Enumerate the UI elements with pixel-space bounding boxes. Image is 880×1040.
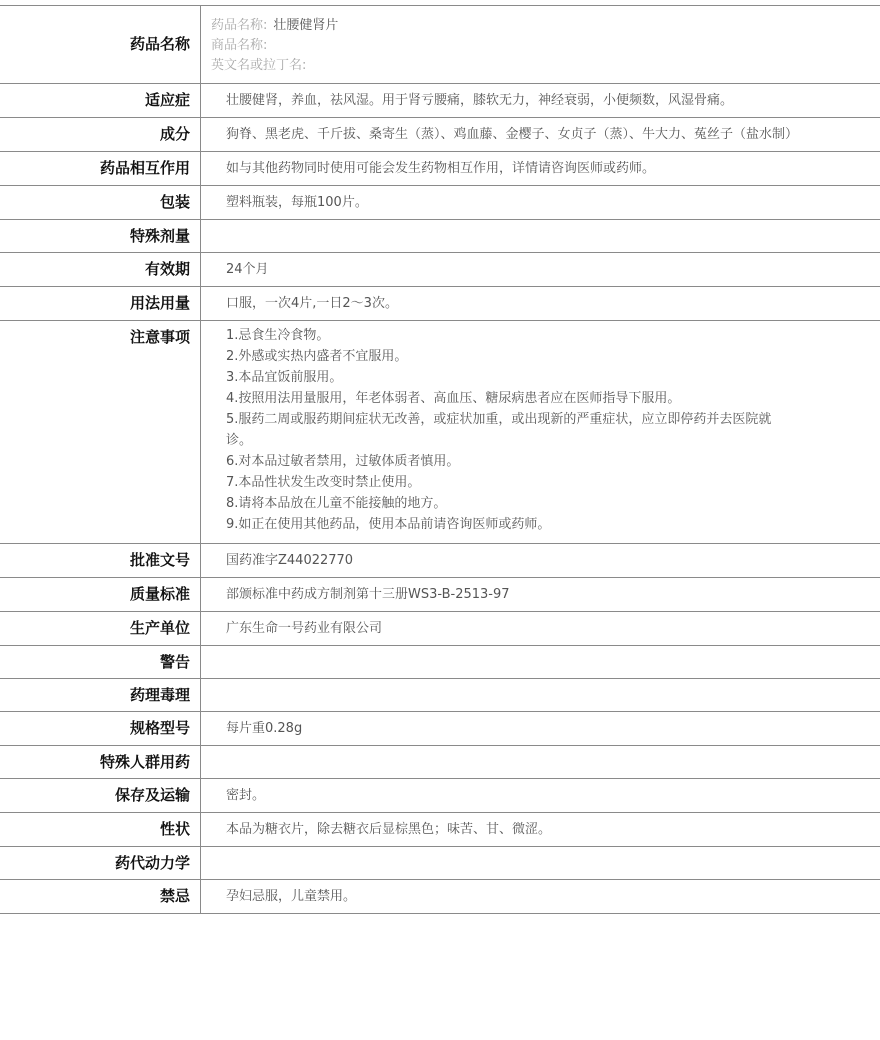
english-name-line: 英文名或拉丁名: xyxy=(211,56,880,76)
label-interactions: 药品相互作用 xyxy=(0,152,201,186)
label-ingredients: 成分 xyxy=(0,118,201,152)
label-description: 性状 xyxy=(0,813,201,847)
value-packaging: 塑料瓶装，每瓶100片。 xyxy=(201,186,880,220)
row-storage-transport: 保存及运输 密封。 xyxy=(0,779,880,813)
row-precautions: 注意事项 1.忌食生冷食物。 2.外感或实热内盛者不宜服用。 3.本品宜饭前服用… xyxy=(0,321,880,544)
row-specification: 规格型号 每片重0.28g xyxy=(0,712,880,746)
value-interactions: 如与其他药物同时使用可能会发生药物相互作用，详情请咨询医师或药师。 xyxy=(201,152,880,186)
drug-spec-table: 药品名称 药品名称:壮腰健肾片 商品名称: 英文名或拉丁名: 适应症 壮腰健肾，… xyxy=(0,5,880,914)
ingredients-text: 狗脊、黑老虎、千斤拔、桑寄生（蒸）、鸡血藤、金樱子、女贞子（蒸）、牛大力、菟丝子… xyxy=(226,125,796,144)
value-warning xyxy=(201,646,880,679)
precaution-item: 5.服药二周或服药期间症状无改善，或症状加重，或出现新的严重症状，应立即停药并去… xyxy=(226,409,776,451)
trade-name-key: 商品名称: xyxy=(211,38,267,53)
row-interactions: 药品相互作用 如与其他药物同时使用可能会发生药物相互作用，详情请咨询医师或药师。 xyxy=(0,152,880,186)
value-special-population xyxy=(201,746,880,779)
label-quality-standard: 质量标准 xyxy=(0,578,201,612)
english-name-key: 英文名或拉丁名: xyxy=(211,58,306,73)
label-special-population: 特殊人群用药 xyxy=(0,746,201,779)
value-specification: 每片重0.28g xyxy=(201,712,880,746)
precaution-item: 6.对本品过敏者禁用，过敏体质者慎用。 xyxy=(226,451,880,472)
label-manufacturer: 生产单位 xyxy=(0,612,201,646)
label-indications: 适应症 xyxy=(0,84,201,118)
row-warning: 警告 xyxy=(0,646,880,679)
label-shelf-life: 有效期 xyxy=(0,253,201,287)
row-description: 性状 本品为糖衣片，除去糖衣后显棕黑色；味苦、甘、微涩。 xyxy=(0,813,880,847)
value-special-dosage xyxy=(201,220,880,253)
precaution-item: 1.忌食生冷食物。 xyxy=(226,325,880,346)
row-ingredients: 成分 狗脊、黑老虎、千斤拔、桑寄生（蒸）、鸡血藤、金樱子、女贞子（蒸）、牛大力、… xyxy=(0,118,880,152)
label-storage-transport: 保存及运输 xyxy=(0,779,201,813)
value-description: 本品为糖衣片，除去糖衣后显棕黑色；味苦、甘、微涩。 xyxy=(201,813,880,847)
precaution-item: 4.按照用法用量服用，年老体弱者、高血压、糖尿病患者应在医师指导下服用。 xyxy=(226,388,880,409)
precaution-item: 7.本品性状发生改变时禁止使用。 xyxy=(226,472,880,493)
value-manufacturer: 广东生命一号药业有限公司 xyxy=(201,612,880,646)
value-usage-dosage: 口服，一次4片,一日2～3次。 xyxy=(201,287,880,321)
precaution-item: 8.请将本品放在儿童不能接触的地方。 xyxy=(226,493,880,514)
label-usage-dosage: 用法用量 xyxy=(0,287,201,321)
row-usage-dosage: 用法用量 口服，一次4片,一日2～3次。 xyxy=(0,287,880,321)
value-storage-transport: 密封。 xyxy=(201,779,880,813)
row-approval-number: 批准文号 国药准字Z44022770 xyxy=(0,544,880,578)
value-indications: 壮腰健肾，养血，祛风湿。用于肾亏腰痛，膝软无力，神经衰弱，小便频数，风湿骨痛。 xyxy=(201,84,880,118)
label-pharmacokinetics: 药代动力学 xyxy=(0,847,201,880)
label-contraindications: 禁忌 xyxy=(0,880,201,914)
row-pharmacology-toxicology: 药理毒理 xyxy=(0,679,880,712)
row-special-dosage: 特殊剂量 xyxy=(0,220,880,253)
row-quality-standard: 质量标准 部颁标准中药成方制剂第十三册WS3-B-2513-97 xyxy=(0,578,880,612)
label-approval-number: 批准文号 xyxy=(0,544,201,578)
row-contraindications: 禁忌 孕妇忌服，儿童禁用。 xyxy=(0,880,880,914)
value-drug-name: 药品名称:壮腰健肾片 商品名称: 英文名或拉丁名: xyxy=(201,6,880,84)
value-pharmacology-toxicology xyxy=(201,679,880,712)
label-special-dosage: 特殊剂量 xyxy=(0,220,201,253)
precautions-list: 1.忌食生冷食物。 2.外感或实热内盛者不宜服用。 3.本品宜饭前服用。 4.按… xyxy=(226,325,880,535)
value-pharmacokinetics xyxy=(201,847,880,880)
value-shelf-life: 24个月 xyxy=(201,253,880,287)
label-precautions: 注意事项 xyxy=(0,321,201,544)
precaution-item: 2.外感或实热内盛者不宜服用。 xyxy=(226,346,880,367)
label-drug-name: 药品名称 xyxy=(0,6,201,84)
row-special-population: 特殊人群用药 xyxy=(0,746,880,779)
precaution-item: 9.如正在使用其他药品，使用本品前请咨询医师或药师。 xyxy=(226,514,880,535)
value-ingredients: 狗脊、黑老虎、千斤拔、桑寄生（蒸）、鸡血藤、金樱子、女贞子（蒸）、牛大力、菟丝子… xyxy=(201,118,880,152)
row-manufacturer: 生产单位 广东生命一号药业有限公司 xyxy=(0,612,880,646)
label-pharmacology-toxicology: 药理毒理 xyxy=(0,679,201,712)
label-packaging: 包装 xyxy=(0,186,201,220)
row-packaging: 包装 塑料瓶装，每瓶100片。 xyxy=(0,186,880,220)
label-specification: 规格型号 xyxy=(0,712,201,746)
generic-name-value: 壮腰健肾片 xyxy=(273,18,338,33)
row-shelf-life: 有效期 24个月 xyxy=(0,253,880,287)
row-indications: 适应症 壮腰健肾，养血，祛风湿。用于肾亏腰痛，膝软无力，神经衰弱，小便频数，风湿… xyxy=(0,84,880,118)
trade-name-line: 商品名称: xyxy=(211,36,880,56)
value-precautions: 1.忌食生冷食物。 2.外感或实热内盛者不宜服用。 3.本品宜饭前服用。 4.按… xyxy=(201,321,880,544)
label-warning: 警告 xyxy=(0,646,201,679)
row-drug-name: 药品名称 药品名称:壮腰健肾片 商品名称: 英文名或拉丁名: xyxy=(0,6,880,84)
value-quality-standard: 部颁标准中药成方制剂第十三册WS3-B-2513-97 xyxy=(201,578,880,612)
generic-name-line: 药品名称:壮腰健肾片 xyxy=(211,16,880,36)
value-approval-number: 国药准字Z44022770 xyxy=(201,544,880,578)
row-pharmacokinetics: 药代动力学 xyxy=(0,847,880,880)
value-contraindications: 孕妇忌服，儿童禁用。 xyxy=(201,880,880,914)
generic-name-key: 药品名称: xyxy=(211,18,267,33)
precaution-item: 3.本品宜饭前服用。 xyxy=(226,367,880,388)
